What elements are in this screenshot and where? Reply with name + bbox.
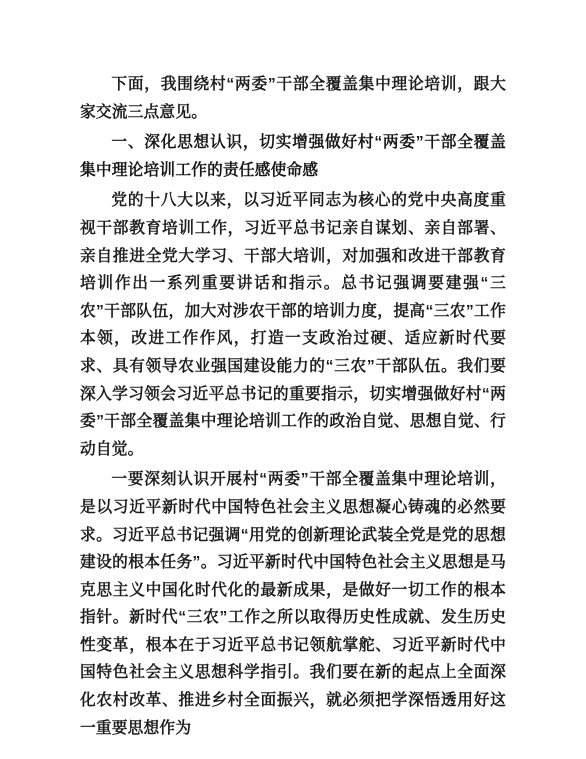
paragraph-body-2: 一要深刻认识开展村“两委”干部全覆盖集中理论培训，是以习近平新时代中国特色社会主… [80, 466, 506, 742]
section-heading: 一、深化思想认识，切实增强做好村“两委”干部全覆盖集中理论培训工作的责任感使命感 [80, 129, 506, 184]
paragraph-intro: 下面，我围绕村“两委”干部全覆盖集中理论培训，跟大家交流三点意见。 [80, 71, 506, 126]
document-page: 下面，我围绕村“两委”干部全覆盖集中理论培训，跟大家交流三点意见。 一、深化思想… [0, 0, 586, 759]
paragraph-body-1: 党的十八大以来，以习近平同志为核心的党中央高度重视干部教育培训工作，习近平总书记… [80, 187, 506, 463]
